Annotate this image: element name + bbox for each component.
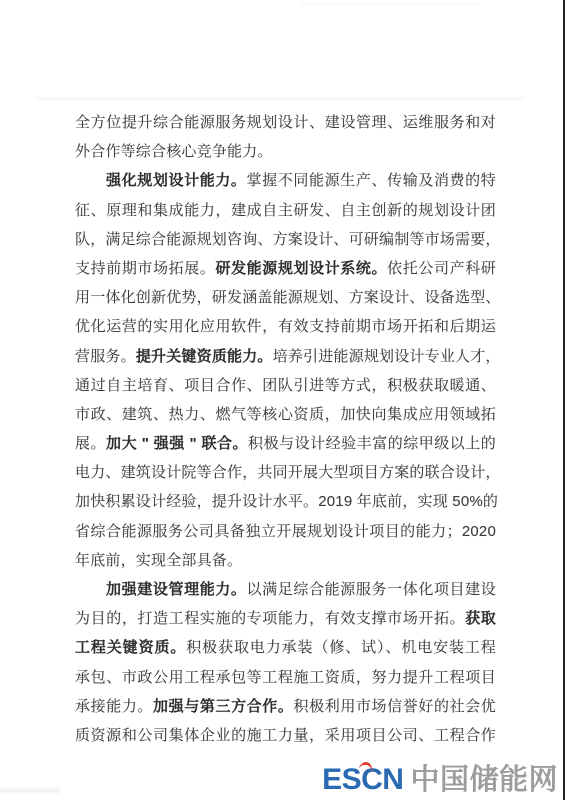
text-segment: 优化运营的实用化应用软件，有效支持前期市场开拓和后期运: [75, 318, 496, 335]
text-segment: 全方位提升综合能源服务规划设计、建设管理、运维服务和对: [75, 114, 496, 131]
text-segment: 为目的，打造工程实施的专项能力，有效支撑市场开拓。: [75, 610, 465, 627]
logo-escn-text: ESCN: [322, 763, 403, 797]
text-line: 承接能力。加强与第三方合作。积极利用市场信誉好的社会优: [75, 692, 496, 721]
scan-artifact: [0, 788, 60, 793]
text-segment: 掌握不同能源生产、传输及消费的特: [247, 172, 496, 189]
text-line: 省综合能源服务公司具备独立开展规划设计项目的能力；2020: [75, 517, 496, 546]
text-segment: 用一体化创新优势，研发涵盖能源规划、方案设计、设备选型、: [75, 289, 501, 306]
scan-artifact: [300, 2, 480, 5]
text-segment-bold: 加大 " 强强 " 联合。: [106, 435, 248, 452]
scan-edge-line: [563, 0, 565, 800]
text-segment: 承接能力。: [75, 698, 153, 715]
escn-watermark-logo: ESCN 中国储能网: [322, 757, 558, 798]
text-line: 市政、建筑、热力、燃气等核心资质，加快向集成应用领域拓: [75, 400, 496, 429]
text-line: 征、原理和集成能力，建成自主研发、自主创新的规划设计团: [75, 196, 496, 225]
text-segment: 积极与设计经验丰富的综甲级以上的: [248, 435, 496, 452]
text-segment: 年底前，实现全部具备。: [75, 552, 242, 569]
text-segment: 队，满足综合能源规划咨询、方案设计、可研编制等市场需要，: [75, 231, 501, 248]
text-segment: 加快积累设计经验，提升设计水平。2019 年底前，实现 50%的: [75, 493, 498, 510]
text-segment: 外合作等综合核心竞争能力。: [75, 143, 273, 160]
text-segment: 依托公司产科研: [387, 260, 496, 277]
text-segment: 省综合能源服务公司具备独立开展规划设计项目的能力；2020: [75, 523, 496, 540]
text-segment: 以满足综合能源服务一体化项目建设: [247, 581, 496, 598]
document-page: 全方位提升综合能源服务规划设计、建设管理、运维服务和对外合作等综合核心竞争能力。…: [0, 0, 567, 800]
text-line: 承包、市政公用工程承包等工程施工资质，努力提升工程项目: [75, 663, 496, 692]
logo-cn-text: 中国储能网: [410, 757, 558, 798]
text-line: 质资源和公司集体企业的施工力量，采用项目公司、工程合作: [75, 721, 496, 750]
text-line: 营服务。提升关键资质能力。培养引进能源规划设计专业人才，: [75, 342, 496, 371]
text-line: 年底前，实现全部具备。: [75, 546, 496, 575]
text-segment: 电力、建筑设计院等合作，共同开展大型项目方案的联合设计，: [75, 464, 501, 481]
text-segment: 营服务。: [75, 348, 136, 365]
text-line: 加强建设管理能力。以满足综合能源服务一体化项目建设: [75, 575, 496, 604]
text-segment-bold: 获取: [465, 610, 496, 627]
text-segment: 积极利用市场信誉好的社会优: [294, 698, 496, 715]
text-line: 强化规划设计能力。掌握不同能源生产、传输及消费的特: [75, 166, 496, 195]
text-segment: 通过自主培育、项目合作、团队引进等方式，积极获取暖通、: [75, 377, 496, 394]
text-line: 为目的，打造工程实施的专项能力，有效支撑市场开拓。获取: [75, 604, 496, 633]
text-segment: 培养引进能源规划设计专业人才，: [273, 348, 501, 365]
text-segment-bold: 工程关键资质。: [75, 639, 186, 656]
text-segment-bold: 强化规划设计能力。: [106, 172, 247, 189]
text-segment-bold: 研发能源规划设计系统。: [215, 260, 387, 277]
text-line: 队，满足综合能源规划咨询、方案设计、可研编制等市场需要，: [75, 225, 496, 254]
text-line: 工程关键资质。积极获取电力承装（修、试）、机电安装工程: [75, 633, 496, 662]
text-line: 外合作等综合核心竞争能力。: [75, 137, 496, 166]
text-segment: 征、原理和集成能力，建成自主研发、自主创新的规划设计团: [75, 202, 496, 219]
text-segment: 市政、建筑、热力、燃气等核心资质，加快向集成应用领域拓: [75, 406, 496, 423]
text-segment: 承包、市政公用工程承包等工程施工资质，努力提升工程项目: [75, 669, 496, 686]
text-line: 加快积累设计经验，提升设计水平。2019 年底前，实现 50%的: [75, 487, 496, 516]
text-line: 用一体化创新优势，研发涵盖能源规划、方案设计、设备选型、: [75, 283, 496, 312]
scan-artifact: [36, 97, 526, 100]
text-line: 电力、建筑设计院等合作，共同开展大型项目方案的联合设计，: [75, 458, 496, 487]
text-segment: 质资源和公司集体企业的施工力量，采用项目公司、工程合作: [75, 727, 496, 744]
text-line: 全方位提升综合能源服务规划设计、建设管理、运维服务和对: [75, 108, 496, 137]
text-line: 通过自主培育、项目合作、团队引进等方式，积极获取暖通、: [75, 371, 496, 400]
text-line: 优化运营的实用化应用软件，有效支持前期市场开拓和后期运: [75, 312, 496, 341]
text-segment: 积极获取电力承装（修、试）、机电安装工程: [186, 639, 496, 656]
text-segment-bold: 加强建设管理能力。: [106, 581, 247, 598]
text-segment: 展。: [75, 435, 106, 452]
document-text-block: 全方位提升综合能源服务规划设计、建设管理、运维服务和对外合作等综合核心竞争能力。…: [75, 108, 496, 750]
text-line: 支持前期市场拓展。研发能源规划设计系统。依托公司产科研: [75, 254, 496, 283]
text-segment: 支持前期市场拓展。: [75, 260, 215, 277]
text-segment-bold: 加强与第三方合作。: [153, 698, 293, 715]
text-line: 展。加大 " 强强 " 联合。积极与设计经验丰富的综甲级以上的: [75, 429, 496, 458]
text-segment-bold: 提升关键资质能力。: [136, 348, 273, 365]
